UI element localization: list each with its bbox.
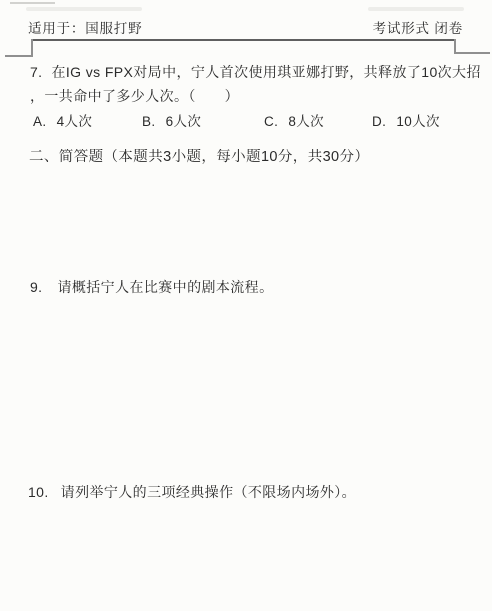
page-seam-artifact xyxy=(26,7,142,11)
page-margin-mark xyxy=(10,2,55,4)
frame-step-right-ledge xyxy=(454,52,490,54)
section-2-heading-text: 二、简答题（本题共3小题，每小题10分，共30分） xyxy=(29,149,369,164)
option-a: A.4人次 xyxy=(33,110,92,130)
question-7-line2: ，一共命中了多少人次。（ ） xyxy=(30,86,239,106)
section-2-heading-clipped: 二、简答题（本题共3小题，每小题10分，共30分） xyxy=(29,149,369,164)
option-d-label: D. xyxy=(372,114,386,129)
option-c-text: 8人次 xyxy=(288,114,324,129)
exam-paper-page: 适用于：国服打野 考试形式 闭卷 7.在IG vs FPX对局中，宁人首次使用琪… xyxy=(0,0,492,611)
page-seam-artifact xyxy=(368,7,464,11)
question-7-number: 7. xyxy=(30,64,42,80)
question-9: 9.请概括宁人在比赛中的剧本流程。 xyxy=(30,277,273,297)
option-c-label: C. xyxy=(264,114,278,129)
option-d-text: 10人次 xyxy=(396,114,440,129)
question-7-line1: 7.在IG vs FPX对局中，宁人首次使用琪亚娜打野，共释放了10次大招 xyxy=(30,62,481,82)
question-10: 10.请列举宁人的三项经典操作（不限场内场外）。 xyxy=(28,482,356,502)
question-10-number: 10. xyxy=(28,484,49,500)
question-7-text: 在IG vs FPX对局中，宁人首次使用琪亚娜打野，共释放了10次大招 xyxy=(51,64,480,80)
option-a-label: A. xyxy=(33,114,47,129)
header-exam-format-label: 考试形式 闭卷 xyxy=(373,17,463,37)
option-d: D.10人次 xyxy=(372,110,440,130)
option-b-text: 6人次 xyxy=(166,114,202,129)
option-b-label: B. xyxy=(142,114,156,129)
question-10-text: 请列举宁人的三项经典操作（不限场内场外）。 xyxy=(61,484,356,500)
question-9-text: 请概括宁人在比赛中的剧本流程。 xyxy=(57,279,273,295)
option-b: B.6人次 xyxy=(142,110,201,130)
frame-step-left-ledge xyxy=(5,55,33,57)
header-rule xyxy=(31,39,455,41)
header-applicable-label: 适用于：国服打野 xyxy=(28,17,142,37)
option-c: C.8人次 xyxy=(264,110,324,130)
question-9-number: 9. xyxy=(30,279,42,295)
question-7-options-row: A.4人次 B.6人次 C.8人次 D.10人次 xyxy=(0,110,492,128)
option-a-text: 4人次 xyxy=(57,114,93,129)
